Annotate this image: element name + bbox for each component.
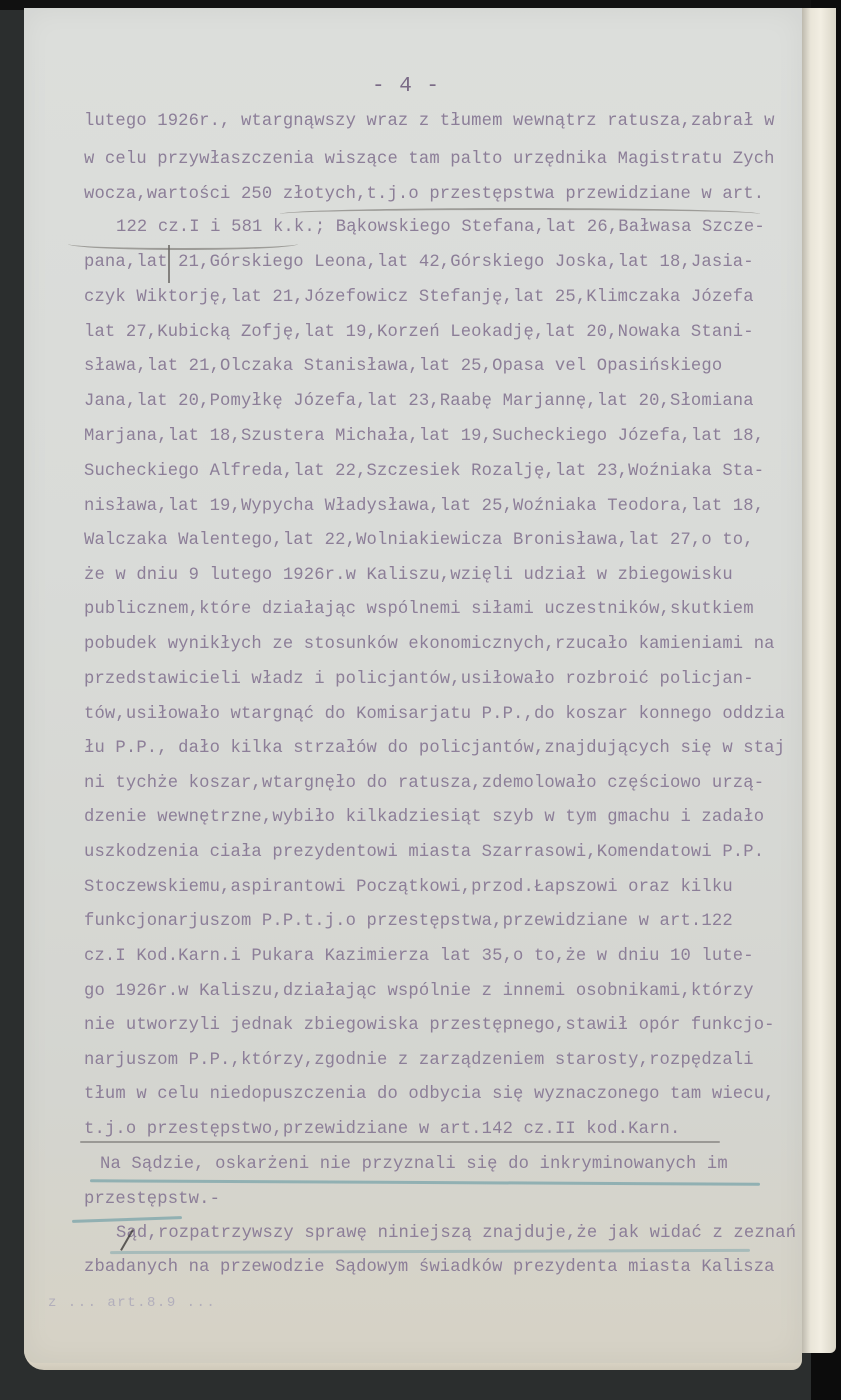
text-line: przedstawicieli władz i policjantów,usił…	[84, 670, 754, 690]
page-number: - 4 -	[372, 75, 440, 98]
text-line: cz.I Kod.Karn.i Pukara Kazimierza lat 35…	[84, 947, 754, 967]
text-line: tłum w celu niedopuszczenia do odbycia s…	[84, 1085, 775, 1105]
text-line: Marjana,lat 18,Szustera Michała,lat 19,S…	[84, 427, 764, 447]
text-line: Walczaka Walentego,lat 22,Wolniakiewicza…	[84, 531, 754, 551]
text-line: Sucheckiego Alfreda,lat 22,Szczesiek Roz…	[84, 462, 764, 482]
text-line: Sąd,rozpatrzywszy sprawę niniejszą znajd…	[116, 1224, 796, 1244]
text-line: wocza,wartości 250 złotych,t.j.o przestę…	[84, 185, 764, 205]
text-line: Stoczewskiemu,aspirantowi Początkowi,prz…	[84, 878, 733, 898]
text-line: dzenie wewnętrzne,wybiło kilkadziesiąt s…	[84, 808, 764, 828]
text-line: że w dniu 9 lutego 1926r.w Kaliszu,wzięl…	[84, 566, 733, 586]
pencil-underline	[68, 238, 298, 250]
faint-text-line: z ... art.8.9 ...	[48, 1293, 216, 1313]
text-line: go 1926r.w Kaliszu,działając wspólnie z …	[84, 982, 754, 1002]
text-line: Na Sądzie, oskarżeni nie przyznali się d…	[100, 1155, 728, 1175]
text-line: tów,usiłowało wtargnąć do Komisarjatu P.…	[84, 705, 785, 725]
text-line: Jana,lat 20,Pomyłkę Józefa,lat 23,Raabę …	[84, 392, 754, 412]
text-line: t.j.o przestępstwo,przewidziane w art.14…	[84, 1120, 680, 1140]
text-line: w celu przywłaszczenia wiszące tam palto…	[84, 150, 775, 170]
text-line: lutego 1926r., wtargnąwszy wraz z tłumem…	[84, 112, 775, 132]
text-line: nisława,lat 19,Wypycha Władysława,lat 25…	[84, 497, 764, 517]
text-line: pobudek wynikłych ze stosunków ekonomicz…	[84, 635, 775, 655]
text-line: uszkodzenia ciała prezydentowi miasta Sz…	[84, 843, 764, 863]
text-line: 122 cz.I i 581 k.k.; Bąkowskiego Stefana…	[116, 218, 765, 238]
text-line: ni tychże koszar,wtargnęło do ratusza,zd…	[84, 774, 764, 794]
pencil-underline	[80, 1141, 720, 1143]
page-fold-edge	[800, 8, 836, 1353]
text-line: funkcjonarjuszom P.P.t.j.o przestępstwa,…	[84, 912, 733, 932]
text-line: sława,lat 21,Olczaka Stanisława,lat 25,O…	[84, 357, 722, 377]
text-line: nie utworzyli jednak zbiegowiska przestę…	[84, 1016, 775, 1036]
text-line: narjuszom P.P.,którzy,zgodnie z zarządze…	[84, 1051, 754, 1071]
pencil-mark	[168, 245, 170, 283]
text-line: publicznem,które działając wspólnemi sił…	[84, 600, 754, 620]
text-line: przestępstw.-	[84, 1190, 220, 1210]
text-line: zbadanych na przewodzie Sądowym świadków…	[84, 1258, 775, 1278]
pencil-underline	[280, 208, 760, 220]
text-line: pana,lat 21,Górskiego Leona,lat 42,Górsk…	[84, 253, 754, 273]
text-line: lat 27,Kubicką Zofję,lat 19,Korzeń Leoka…	[84, 323, 754, 343]
text-line: łu P.P., dało kilka strzałów do policjan…	[84, 739, 785, 759]
text-line: czyk Wiktorję,lat 21,Józefowicz Stefanję…	[84, 288, 754, 308]
